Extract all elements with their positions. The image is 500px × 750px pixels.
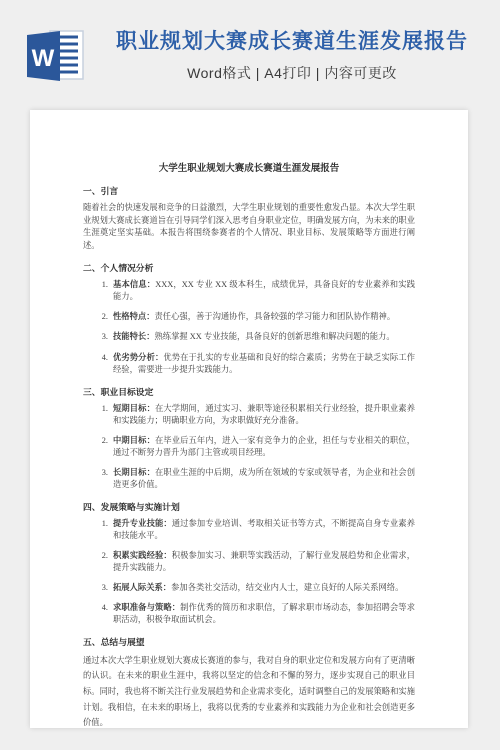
document-section: 一、引言随着社会的快速发展和竞争的日益激烈，大学生职业规划的重要性愈发凸显。本次… — [83, 184, 415, 252]
list-item-label: 性格特点： — [113, 312, 155, 321]
section-heading: 五、总结与展望 — [83, 635, 415, 648]
numbered-list: 提升专业技能：通过参加专业培训、考取相关证书等方式，不断提高自身专业素养和技能水… — [83, 518, 415, 626]
list-item-label: 积累实践经验： — [113, 551, 172, 560]
document-section: 四、发展策略与实施计划提升专业技能：通过参加专业培训、考取相关证书等方式，不断提… — [83, 500, 415, 626]
page-subtitle: Word格式 | A4打印 | 内容可更改 — [100, 63, 484, 83]
list-item: 优劣势分析：优势在于扎实的专业基础和良好的综合素质；劣势在于缺乏实际工作经验，需… — [110, 352, 415, 376]
list-item: 技能特长：熟练掌握 XX 专业技能，具备良好的创新思维和解决问题的能力。 — [110, 331, 415, 343]
section-paragraph: 随着社会的快速发展和竞争的日益激烈，大学生职业规划的重要性愈发凸显。本次大学生职… — [83, 202, 415, 252]
list-item-text: 在大学期间，通过实习、兼职等途径积累相关行业经验，提升职业素养和实践能力；明确职… — [113, 404, 415, 425]
section-heading: 一、引言 — [83, 184, 415, 197]
list-item: 中期目标：在毕业后五年内，进入一家有竞争力的企业，担任与专业相关的职位，通过不断… — [110, 435, 415, 459]
list-item: 积累实践经验：积极参加实习、兼职等实践活动，了解行业发展趋势和企业需求，提升实践… — [110, 550, 415, 574]
document-page: 大学生职业规划大赛成长赛道生涯发展报告 一、引言随着社会的快速发展和竞争的日益激… — [30, 110, 468, 728]
page-title: 职业规划大赛成长赛道生涯发展报告 — [100, 29, 484, 55]
list-item: 求职准备与策略：制作优秀的简历和求职信，了解求职市场动态，参加招聘会等求职活动，… — [110, 602, 415, 626]
list-item: 长期目标：在职业生涯的中后期，成为所在领域的专家或领导者，为企业和社会创造更多价… — [110, 467, 415, 491]
section-heading: 三、职业目标设定 — [83, 385, 415, 398]
list-item-text: 在职业生涯的中后期，成为所在领域的专家或领导者，为企业和社会创造更多价值。 — [113, 468, 415, 489]
list-item-label: 技能特长： — [113, 332, 155, 341]
list-item: 性格特点：责任心强，善于沟通协作，具备较强的学习能力和团队协作精神。 — [110, 311, 415, 323]
section-paragraph: 通过本次大学生职业规划大赛成长赛道的参与，我对自身的职业定位和发展方向有了更清晰… — [83, 653, 415, 728]
document-section: 二、个人情况分析基本信息：XXX，XX 专业 XX 级本科生，成绩优异，具备良好… — [83, 261, 415, 375]
document-section: 三、职业目标设定短期目标：在大学期间，通过实习、兼职等途径积累相关行业经验，提升… — [83, 385, 415, 491]
numbered-list: 短期目标：在大学期间，通过实习、兼职等途径积累相关行业经验，提升职业素养和实践能… — [83, 403, 415, 491]
list-item: 提升专业技能：通过参加专业培训、考取相关证书等方式，不断提高自身专业素养和技能水… — [110, 518, 415, 542]
document-title: 大学生职业规划大赛成长赛道生涯发展报告 — [83, 160, 415, 174]
word-file-icon: W — [24, 28, 86, 84]
list-item-label: 长期目标： — [113, 468, 155, 477]
list-item-text: 熟练掌握 XX 专业技能，具备良好的创新思维和解决问题的能力。 — [155, 332, 395, 341]
section-heading: 二、个人情况分析 — [83, 261, 415, 274]
header: W 职业规划大赛成长赛道生涯发展报告 Word格式 | A4打印 | 内容可更改 — [0, 0, 500, 84]
list-item-text: 在毕业后五年内，进入一家有竞争力的企业，担任与专业相关的职位，通过不断努力晋升为… — [113, 436, 415, 457]
header-text: 职业规划大赛成长赛道生涯发展报告 Word格式 | A4打印 | 内容可更改 — [100, 29, 484, 82]
list-item: 短期目标：在大学期间，通过实习、兼职等途径积累相关行业经验，提升职业素养和实践能… — [110, 403, 415, 427]
section-heading: 四、发展策略与实施计划 — [83, 500, 415, 513]
list-item: 基本信息：XXX，XX 专业 XX 级本科生，成绩优异，具备良好的专业素养和实践… — [110, 279, 415, 303]
list-item-label: 拓展人际关系： — [113, 583, 171, 592]
list-item-label: 提升专业技能： — [113, 519, 172, 528]
numbered-list: 基本信息：XXX，XX 专业 XX 级本科生，成绩优异，具备良好的专业素养和实践… — [83, 279, 415, 375]
list-item-label: 中期目标： — [113, 436, 155, 445]
list-item-label: 求职准备与策略： — [113, 603, 180, 612]
list-item-label: 短期目标： — [113, 404, 155, 413]
template-preview: W 职业规划大赛成长赛道生涯发展报告 Word格式 | A4打印 | 内容可更改… — [0, 0, 500, 728]
list-item-text: 责任心强，善于沟通协作，具备较强的学习能力和团队协作精神。 — [155, 312, 396, 321]
document-section: 五、总结与展望通过本次大学生职业规划大赛成长赛道的参与，我对自身的职业定位和发展… — [83, 635, 415, 728]
list-item-label: 基本信息： — [113, 280, 155, 289]
document-body: 一、引言随着社会的快速发展和竞争的日益激烈，大学生职业规划的重要性愈发凸显。本次… — [83, 184, 415, 728]
list-item-text: XXX，XX 专业 XX 级本科生，成绩优异，具备良好的专业素养和实践能力。 — [113, 280, 415, 301]
list-item-text: 参加各类社交活动，结交业内人士，建立良好的人际关系网络。 — [171, 583, 403, 592]
list-item-label: 优劣势分析： — [113, 353, 163, 362]
word-icon-letter: W — [32, 45, 55, 72]
list-item: 拓展人际关系：参加各类社交活动，结交业内人士，建立良好的人际关系网络。 — [110, 582, 415, 594]
